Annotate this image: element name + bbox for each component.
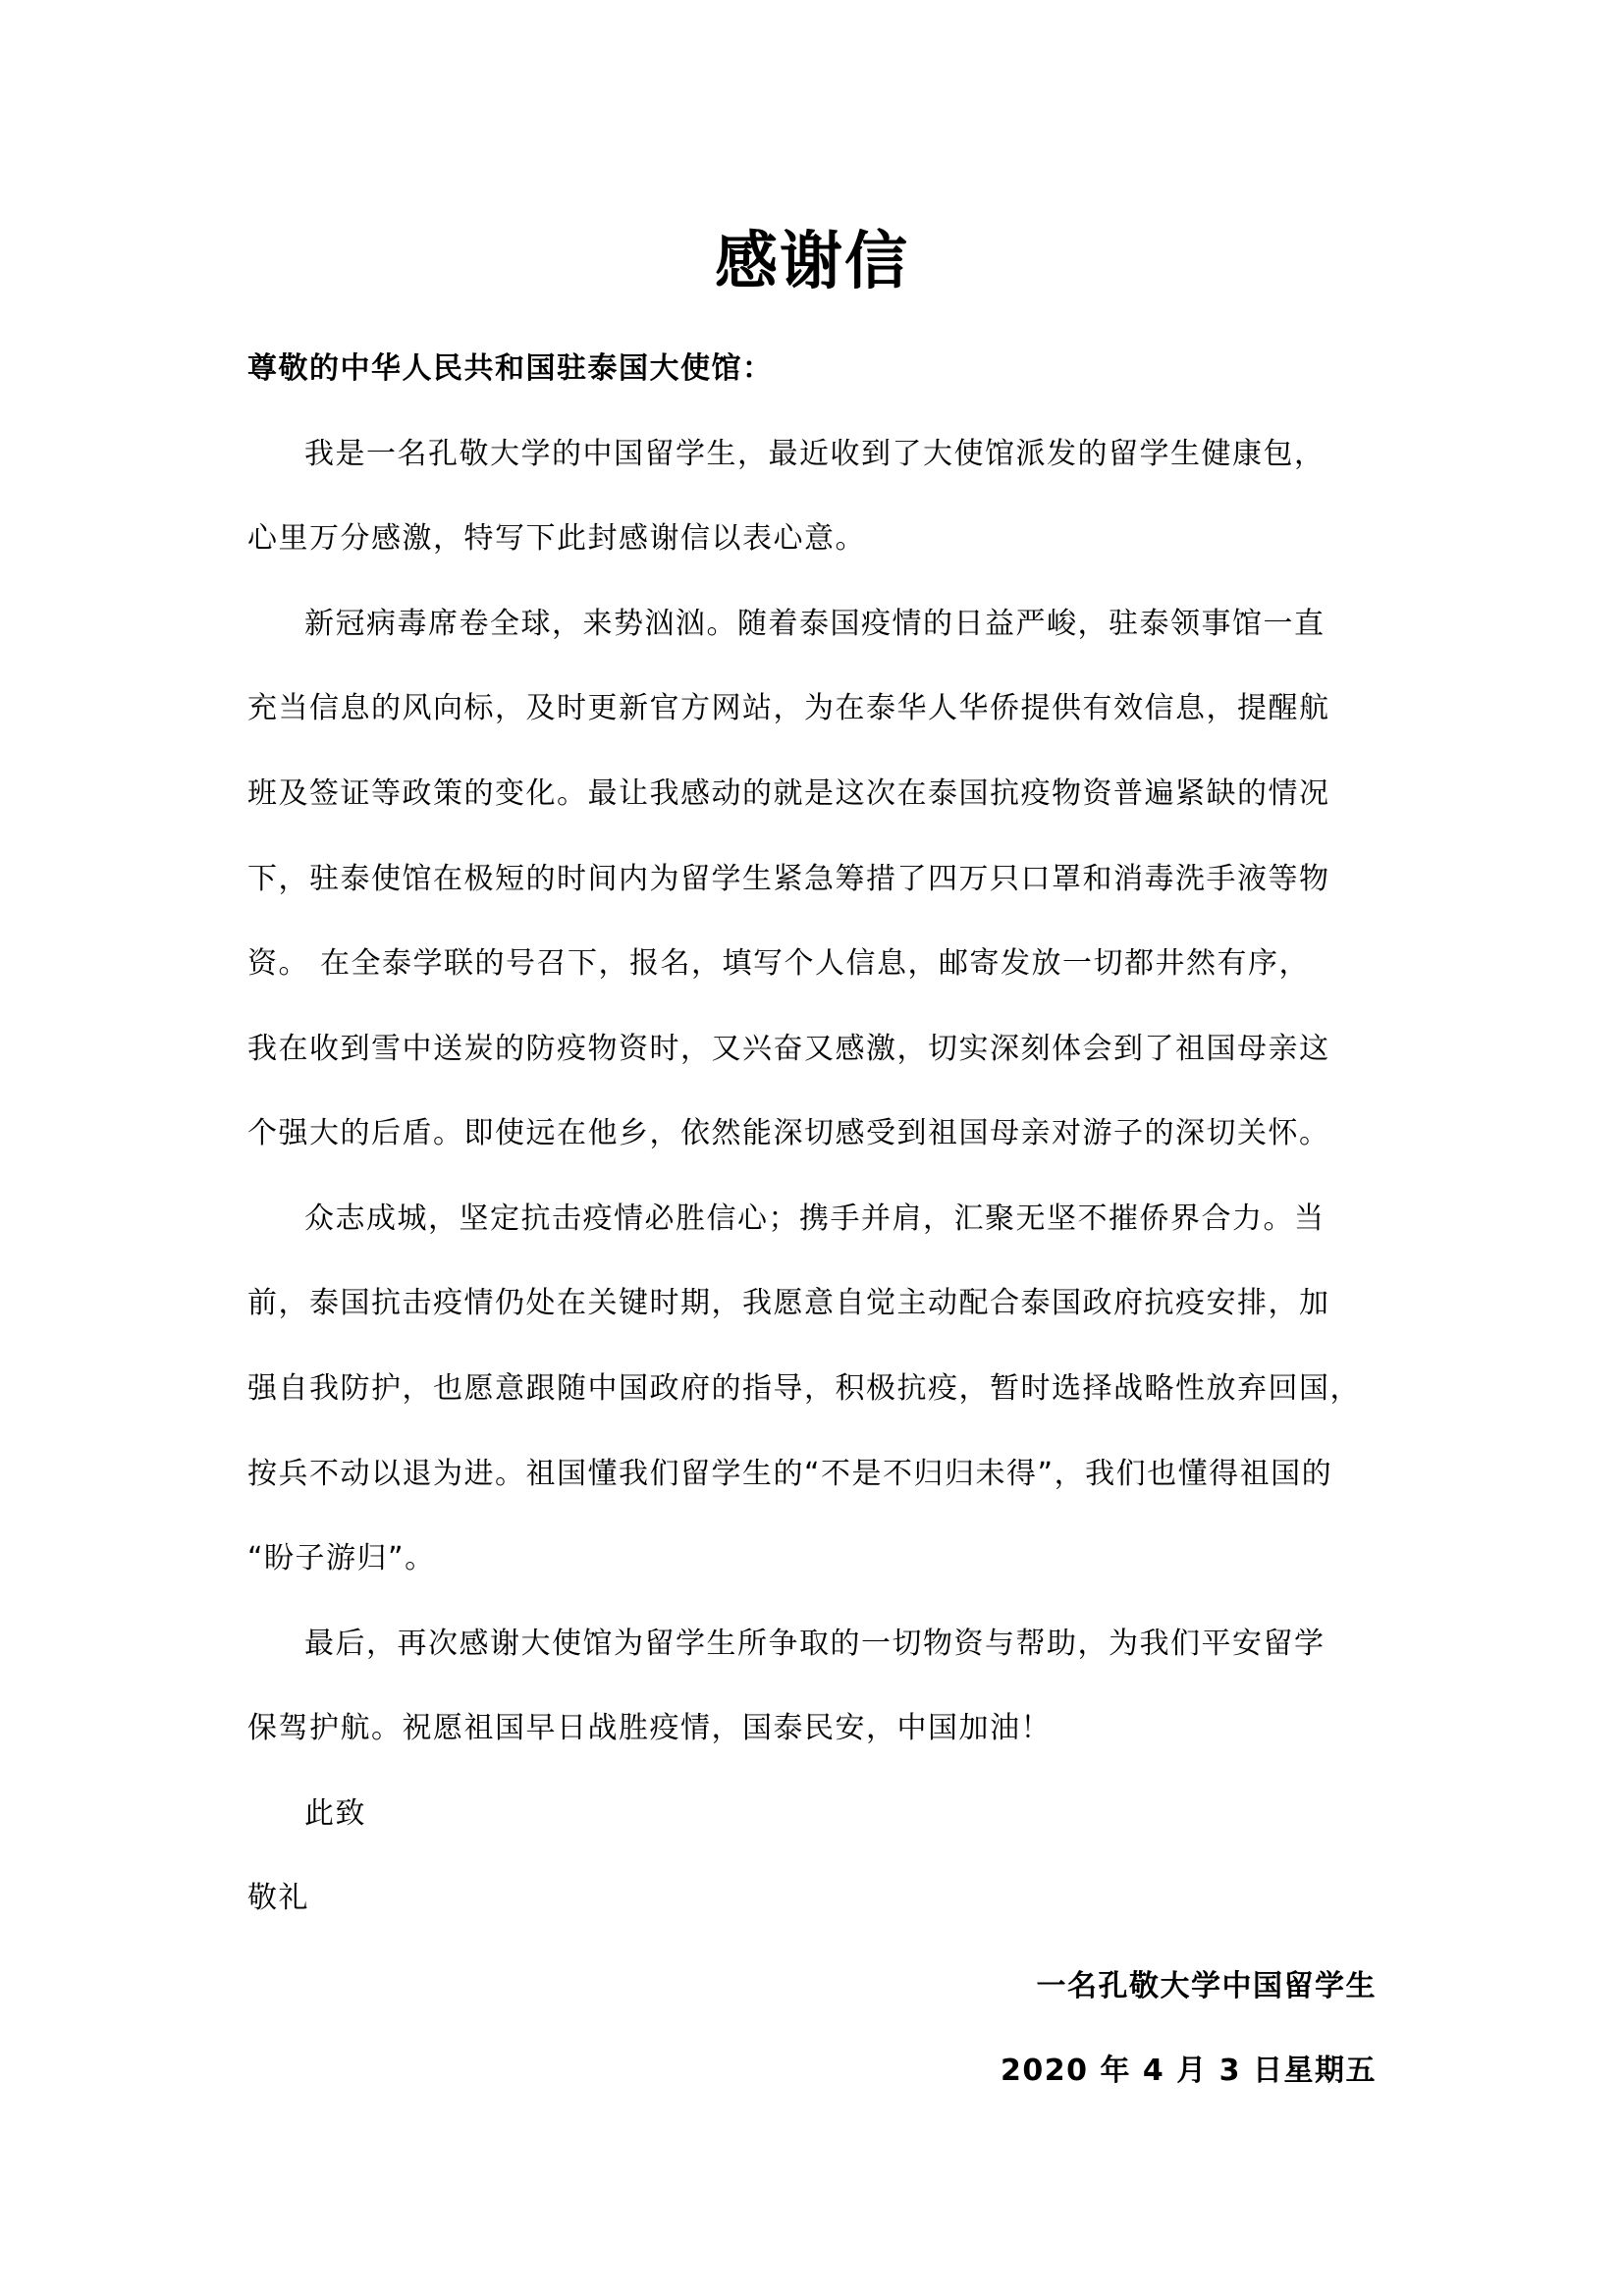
paragraph-3-line-4: 按兵不动以退为进。祖国懂我们留学生的“不是不归归未得”，我们也懂得祖国的: [247, 1455, 1386, 1494]
paragraph-4-line-1: 最后，再次感谢大使馆为留学生所争取的一切物资与帮助，为我们平安留学: [304, 1625, 1443, 1664]
paragraph-4-line-2: 保驾护航。祝愿祖国早日战胜疫情，国泰民安，中国加油！: [247, 1709, 1386, 1748]
document-page: 感谢信 尊敬的中华人民共和国驻泰国大使馆： 我是一名孔敬大学的中国留学生，最近收…: [0, 0, 1624, 2296]
paragraph-2-line-3: 班及签证等政策的变化。最让我感动的就是这次在泰国抗疫物资普遍紧缺的情况: [247, 774, 1386, 814]
closing-line-2: 敬礼: [247, 1879, 1386, 1918]
paragraph-3-line-1: 众志成城，坚定抗击疫情必胜信心；携手并肩，汇聚无坚不摧侨界合力。当: [304, 1200, 1443, 1239]
salutation: 尊敬的中华人民共和国驻泰国大使馆：: [247, 349, 1386, 389]
letter-title: 感谢信: [0, 218, 1624, 306]
paragraph-2-line-7: 个强大的后盾。即使远在他乡，依然能深切感受到祖国母亲对游子的深切关怀。: [247, 1114, 1386, 1153]
paragraph-3-line-2: 前，泰国抗击疫情仍处在关键时期，我愿意自觉主动配合泰国政府抗疫安排，加: [247, 1284, 1386, 1323]
paragraph-2-line-6: 我在收到雪中送炭的防疫物资时，又兴奋又感激，切实深刻体会到了祖国母亲这: [247, 1030, 1386, 1069]
signature: 一名孔敬大学中国留学生: [1037, 1967, 1378, 2006]
closing-line-1: 此致: [304, 1794, 1443, 1834]
paragraph-2-line-5: 资。 在全泰学联的号召下，报名，填写个人信息，邮寄发放一切都井然有序，: [247, 944, 1386, 984]
paragraph-2-line-1: 新冠病毒席卷全球，来势汹汹。随着泰国疫情的日益严峻，驻泰领事馆一直: [304, 605, 1443, 644]
paragraph-2-line-4: 下，驻泰使馆在极短的时间内为留学生紧急筹措了四万只口罩和消毒洗手液等物: [247, 860, 1386, 899]
date: 2020 年 4 月 3 日星期五: [1001, 2052, 1377, 2091]
paragraph-2-line-2: 充当信息的风向标，及时更新官方网站，为在泰华人华侨提供有效信息，提醒航: [247, 689, 1386, 728]
paragraph-3-line-3: 强自我防护，也愿意跟随中国政府的指导，积极抗疫，暂时选择战略性放弃回国，: [247, 1369, 1386, 1409]
paragraph-3-line-5: “盼子游归”。: [247, 1539, 1386, 1578]
paragraph-1-line-2: 心里万分感激，特写下此封感谢信以表心意。: [247, 519, 1386, 559]
paragraph-1-line-1: 我是一名孔敬大学的中国留学生，最近收到了大使馆派发的留学生健康包，: [304, 435, 1443, 474]
